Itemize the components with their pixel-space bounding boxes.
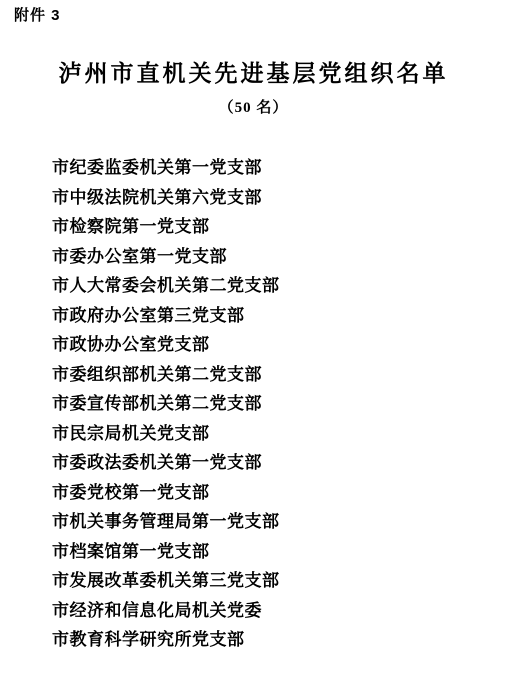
list-item: 市政府办公室第三党支部 [52, 301, 497, 331]
list-item: 市机关事务管理局第一党支部 [52, 507, 497, 537]
list-item: 市委组织部机关第二党支部 [52, 360, 497, 390]
list-item: 市人大常委会机关第二党支部 [52, 271, 497, 301]
name-count-note: （50 名） [0, 99, 507, 118]
list-item: 市经济和信息化局机关党委 [52, 596, 497, 626]
attachment-label: 附件 3 [14, 7, 61, 24]
list-item: 市委党校第一党支部 [52, 478, 497, 508]
list-item: 市档案馆第一党支部 [52, 537, 497, 567]
list-item: 市政协办公室党支部 [52, 330, 497, 360]
list-item: 市民宗局机关党支部 [52, 419, 497, 449]
list-item: 市委宣传部机关第二党支部 [52, 389, 497, 419]
list-item: 市检察院第一党支部 [52, 212, 497, 242]
party-organization-list: 市纪委监委机关第一党支部 市中级法院机关第六党支部 市检察院第一党支部 市委办公… [52, 153, 497, 655]
list-item: 市委政法委机关第一党支部 [52, 448, 497, 478]
list-item: 市中级法院机关第六党支部 [52, 183, 497, 213]
list-item: 市委办公室第一党支部 [52, 242, 497, 272]
list-item: 市纪委监委机关第一党支部 [52, 153, 497, 183]
document-title: 泸州市直机关先进基层党组织名单 [0, 60, 507, 87]
list-item: 市教育科学研究所党支部 [52, 625, 497, 655]
list-item: 市发展改革委机关第三党支部 [52, 566, 497, 596]
document-page: 附件 3 泸州市直机关先进基层党组织名单 （50 名） 市纪委监委机关第一党支部… [0, 0, 507, 674]
